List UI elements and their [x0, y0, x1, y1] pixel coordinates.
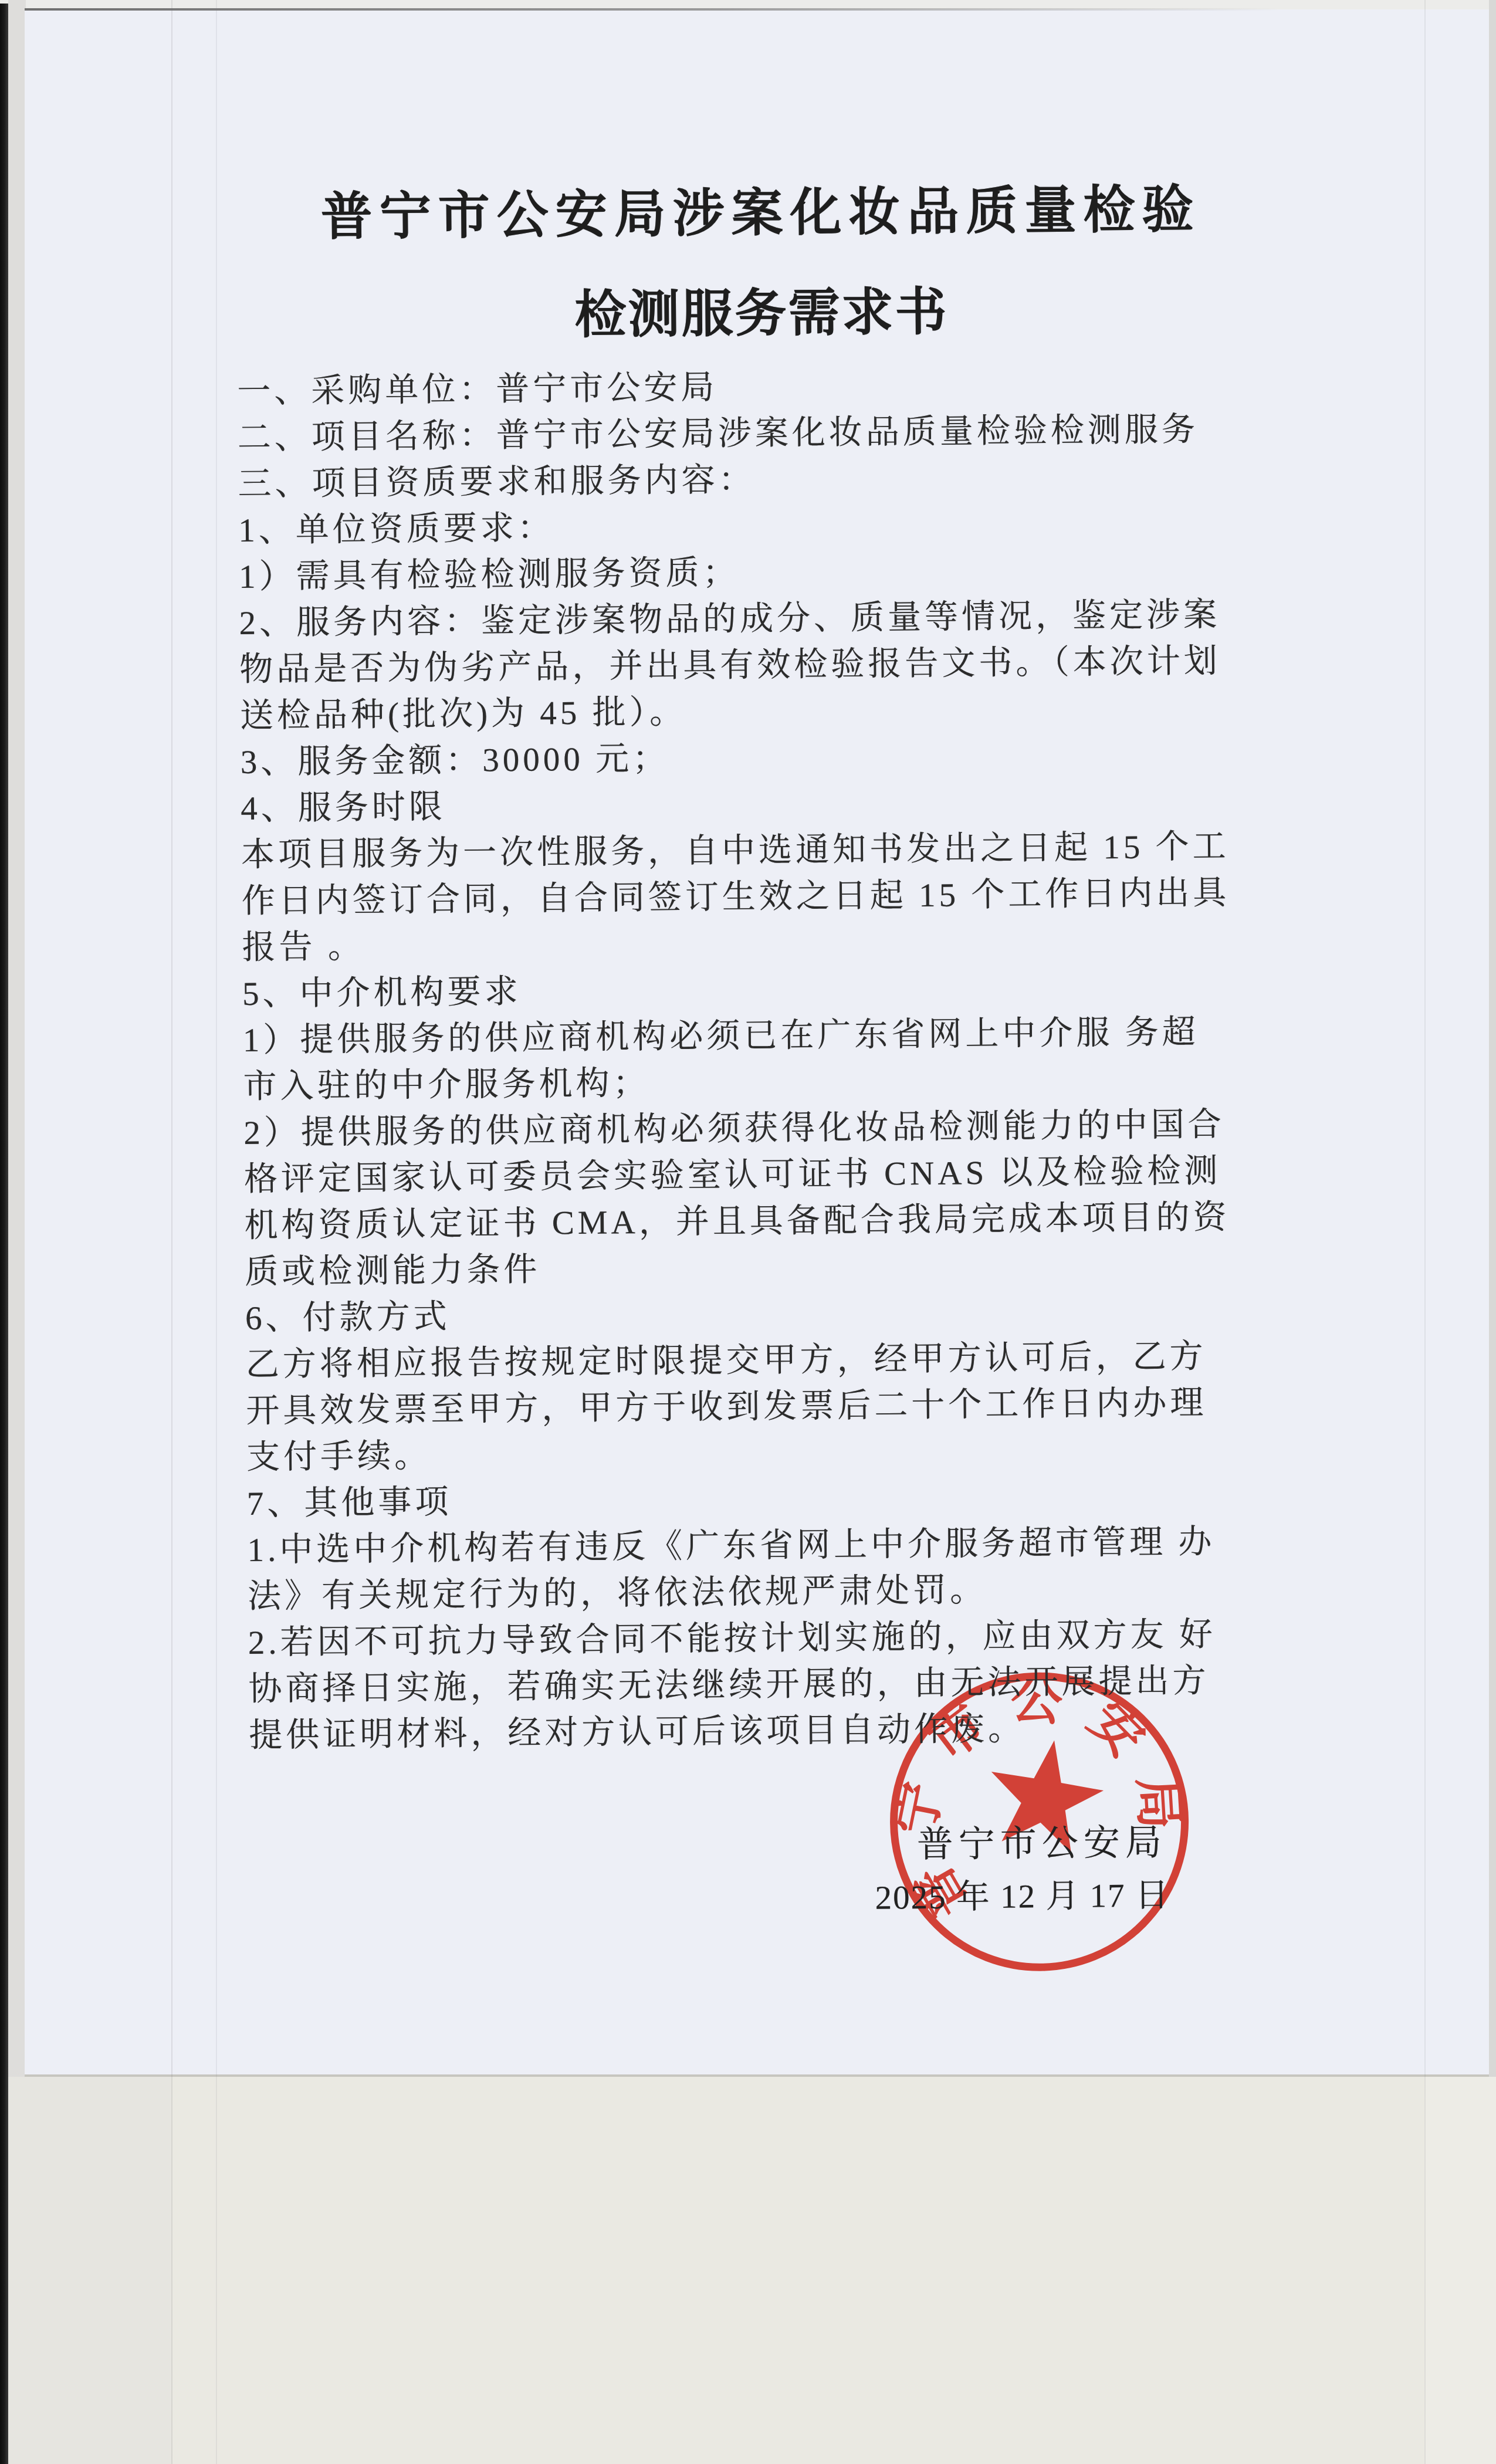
signature-date: 2025 年 12 月 17 日 — [875, 1868, 1170, 1918]
text-line: 1.中选中介机构若有违反《广东省网上中介服务超市管理 办 — [247, 1518, 1327, 1573]
text-line: 提供证明材料，经对方认可后该项目自动作废。 — [249, 1703, 1329, 1759]
document-body: 一、采购单位：普宁市公安局二、项目名称：普宁市公安局涉案化妆品质量检验检测服务三… — [237, 359, 1329, 1759]
document-content: 普宁市公安局 普宁市公安局涉案化妆品质量检验 检测服务需求书 一、采购单位：普宁… — [0, 0, 1496, 2464]
text-line: 开具效发票至甲方，甲方于收到发票后二十个工作日内办理 — [246, 1379, 1326, 1434]
document-title-line2: 检测服务需求书 — [228, 282, 1296, 344]
text-line: 机构资质认定证书 CMA，并且具备配合我局完成本项目的资 — [244, 1193, 1324, 1249]
document-title-line1: 普宁市公安局涉案化妆品质量检验 — [226, 182, 1295, 244]
text-line: 物品是否为伪劣产品，并出具有效检验报告文书。（本次计划 — [239, 637, 1319, 693]
text-line: 协商择日实施，若确实无法继续开展的，由无法开展提出方 — [248, 1657, 1328, 1712]
text-line: 二、项目名称：普宁市公安局涉案化妆品质量检验检测服务 — [238, 405, 1318, 461]
scanned-document-page: { "document": { "kind": "scanned officia… — [0, 0, 1496, 2464]
signature-org: 普宁市公安局 — [916, 1813, 1167, 1867]
text-line: 作日内签订合同，自合同签订生效之日起 15 个工作日内出具 — [241, 869, 1321, 925]
text-line: 1）提供服务的供应商机构必须已在广东省网上中介服 务超 — [243, 1008, 1323, 1064]
